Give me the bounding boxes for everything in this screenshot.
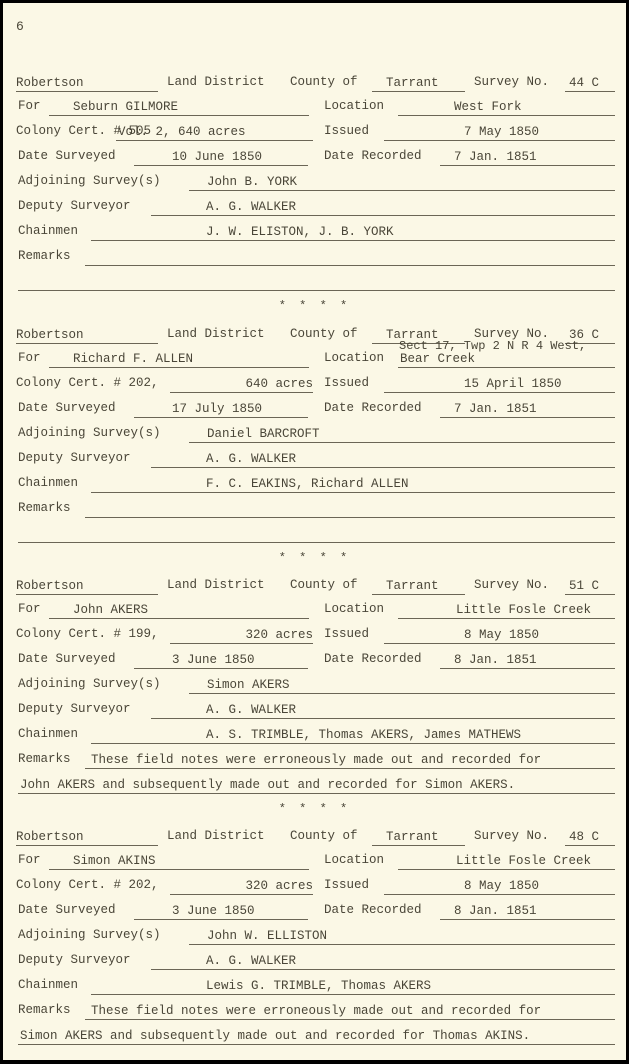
deputy-row: Deputy Surveyor A. G. WALKER (3, 451, 626, 471)
adjoining-field: John W. ELLISTON (189, 928, 615, 945)
deputy-field: A. G. WALKER (151, 199, 615, 216)
adjoining-label: Adjoining Survey(s) (18, 174, 161, 188)
survey-no-field: 48 C (565, 829, 615, 846)
county-label: County of (290, 75, 358, 89)
location-field: West Fork (398, 99, 615, 116)
date-surveyed-field: 17 July 1850 (134, 401, 308, 418)
deputy-row: Deputy Surveyor A. G. WALKER (3, 702, 626, 722)
date-recorded-field: 7 Jan. 1851 (440, 149, 615, 166)
colony-cert-label: Colony Cert. # 202, (16, 376, 159, 390)
deputy-field: A. G. WALKER (151, 953, 615, 970)
land-district-label: Land District (167, 578, 265, 592)
location-label: Location (324, 351, 384, 365)
cert-detail-field: Vol. 2, 640 acres (116, 124, 313, 141)
location-field: Little Fosle Creek (398, 602, 615, 619)
date-recorded-label: Date Recorded (324, 149, 422, 163)
remarks-field-line2: John AKERS and subsequently made out and… (18, 777, 615, 794)
date-row: Date Surveyed 3 June 1850 Date Recorded … (3, 903, 626, 923)
date-recorded-field: 8 Jan. 1851 (440, 652, 615, 669)
document-page: 6 Robertson Land District County of Tarr… (3, 3, 626, 1060)
remarks-row-2 (3, 274, 626, 294)
county-label: County of (290, 327, 358, 341)
cert-detail-field: 320 acres (170, 627, 313, 644)
date-row: Date Surveyed 10 June 1850 Date Recorded… (3, 149, 626, 169)
remarks-field-line1: These field notes were erroneously made … (85, 752, 615, 769)
remarks-field-line2 (18, 526, 615, 543)
for-row: For John AKERS Location Little Fosle Cre… (3, 602, 626, 622)
date-surveyed-label: Date Surveyed (18, 401, 116, 415)
chainmen-field: J. W. ELISTON, J. B. YORK (91, 224, 615, 241)
survey-no-field: 51 C (565, 578, 615, 595)
remarks-label: Remarks (18, 1003, 71, 1017)
date-surveyed-label: Date Surveyed (18, 652, 116, 666)
remarks-label: Remarks (18, 501, 71, 515)
date-surveyed-field: 10 June 1850 (134, 149, 308, 166)
for-label: For (18, 853, 41, 867)
issued-field: 7 May 1850 (384, 124, 615, 141)
record-separator: * * * * (3, 551, 626, 565)
land-district-label: Land District (167, 75, 265, 89)
deputy-label: Deputy Surveyor (18, 953, 131, 967)
for-field: Simon AKINS (49, 853, 309, 870)
location-label: Location (324, 99, 384, 113)
colony-cert-label: Colony Cert. # 202, (16, 878, 159, 892)
remarks-row-2 (3, 526, 626, 546)
adjoining-label: Adjoining Survey(s) (18, 928, 161, 942)
county-field: Tarrant (372, 829, 465, 846)
county-label: County of (290, 829, 358, 843)
land-district-label: Land District (167, 327, 265, 341)
cert-row: Colony Cert. # 505 Vol. 2, 640 acres Iss… (3, 124, 626, 144)
issued-field: 8 May 1850 (384, 878, 615, 895)
cert-row: Colony Cert. # 199, 320 acres Issued 8 M… (3, 627, 626, 647)
survey-no-label: Survey No. (474, 578, 549, 592)
deputy-label: Deputy Surveyor (18, 199, 131, 213)
date-row: Date Surveyed 3 June 1850 Date Recorded … (3, 652, 626, 672)
remarks-field-line1 (85, 501, 615, 518)
remarks-row-2: Simon AKERS and subsequently made out an… (3, 1028, 626, 1048)
for-row: For Simon AKINS Location Little Fosle Cr… (3, 853, 626, 873)
remarks-row: Remarks These field notes were erroneous… (3, 752, 626, 772)
remarks-row: Remarks These field notes were erroneous… (3, 1003, 626, 1023)
chainmen-field: F. C. EAKINS, Richard ALLEN (91, 476, 615, 493)
cert-detail-field: 640 acres (170, 376, 313, 393)
chainmen-field: A. S. TRIMBLE, Thomas AKERS, James MATHE… (91, 727, 615, 744)
location-label: Location (324, 602, 384, 616)
for-field: Seburn GILMORE (49, 99, 309, 116)
issued-field: 8 May 1850 (384, 627, 615, 644)
adjoining-field: John B. YORK (189, 174, 615, 191)
adjoining-row: Adjoining Survey(s) John B. YORK (3, 174, 626, 194)
remarks-field-line1 (85, 249, 615, 266)
for-label: For (18, 602, 41, 616)
chainmen-row: Chainmen A. S. TRIMBLE, Thomas AKERS, Ja… (3, 727, 626, 747)
adjoining-label: Adjoining Survey(s) (18, 426, 161, 440)
date-recorded-field: 8 Jan. 1851 (440, 903, 615, 920)
remarks-field-line1: These field notes were erroneously made … (85, 1003, 615, 1020)
chainmen-label: Chainmen (18, 476, 78, 490)
location-label: Location (324, 853, 384, 867)
location-field: Little Fosle Creek (398, 853, 615, 870)
remarks-label: Remarks (18, 249, 71, 263)
issued-label: Issued (324, 376, 369, 390)
for-field: Richard F. ALLEN (49, 351, 309, 368)
remarks-field-line2: Simon AKERS and subsequently made out an… (18, 1028, 615, 1045)
district-row: Robertson Land District County of Tarran… (3, 829, 626, 849)
adjoining-field: Simon AKERS (189, 677, 615, 694)
county-field: Tarrant (372, 578, 465, 595)
deputy-row: Deputy Surveyor A. G. WALKER (3, 199, 626, 219)
date-recorded-label: Date Recorded (324, 903, 422, 917)
date-recorded-field: 7 Jan. 1851 (440, 401, 615, 418)
cert-row: Colony Cert. # 202, 640 acres Issued 15 … (3, 376, 626, 396)
for-label: For (18, 351, 41, 365)
record-separator: * * * * (3, 802, 626, 816)
chainmen-row: Chainmen Lewis G. TRIMBLE, Thomas AKERS (3, 978, 626, 998)
date-recorded-label: Date Recorded (324, 652, 422, 666)
record-separator: * * * * (3, 299, 626, 313)
date-surveyed-field: 3 June 1850 (134, 652, 308, 669)
adjoining-row: Adjoining Survey(s) Simon AKERS (3, 677, 626, 697)
deputy-label: Deputy Surveyor (18, 702, 131, 716)
cert-detail-field: 320 acres (170, 878, 313, 895)
survey-no-label: Survey No. (474, 75, 549, 89)
remarks-row: Remarks (3, 249, 626, 269)
issued-field: 15 April 1850 (384, 376, 615, 393)
page-number: 6 (16, 19, 24, 34)
issued-label: Issued (324, 124, 369, 138)
for-row: For Richard F. ALLEN Location Sect 17, T… (3, 351, 626, 371)
land-district-label: Land District (167, 829, 265, 843)
district-field: Robertson (16, 578, 158, 595)
for-field: John AKERS (49, 602, 309, 619)
district-field: Robertson (16, 75, 158, 92)
adjoining-row: Adjoining Survey(s) Daniel BARCROFT (3, 426, 626, 446)
date-surveyed-field: 3 June 1850 (134, 903, 308, 920)
deputy-row: Deputy Surveyor A. G. WALKER (3, 953, 626, 973)
chainmen-row: Chainmen J. W. ELISTON, J. B. YORK (3, 224, 626, 244)
survey-no-label: Survey No. (474, 829, 549, 843)
date-surveyed-label: Date Surveyed (18, 903, 116, 917)
county-label: County of (290, 578, 358, 592)
for-row: For Seburn GILMORE Location West Fork (3, 99, 626, 119)
county-field: Tarrant (372, 75, 465, 92)
deputy-field: A. G. WALKER (151, 451, 615, 468)
for-label: For (18, 99, 41, 113)
deputy-label: Deputy Surveyor (18, 451, 131, 465)
remarks-label: Remarks (18, 752, 71, 766)
remarks-field-line2 (18, 274, 615, 291)
date-row: Date Surveyed 17 July 1850 Date Recorded… (3, 401, 626, 421)
chainmen-label: Chainmen (18, 727, 78, 741)
chainmen-field: Lewis G. TRIMBLE, Thomas AKERS (91, 978, 615, 995)
cert-row: Colony Cert. # 202, 320 acres Issued 8 M… (3, 878, 626, 898)
chainmen-row: Chainmen F. C. EAKINS, Richard ALLEN (3, 476, 626, 496)
chainmen-label: Chainmen (18, 978, 78, 992)
location-field: Bear Creek (398, 351, 615, 368)
remarks-row-2: John AKERS and subsequently made out and… (3, 777, 626, 797)
colony-cert-label: Colony Cert. # 199, (16, 627, 159, 641)
district-row: Robertson Land District County of Tarran… (3, 578, 626, 598)
adjoining-row: Adjoining Survey(s) John W. ELLISTON (3, 928, 626, 948)
district-row: Robertson Land District County of Tarran… (3, 75, 626, 95)
adjoining-label: Adjoining Survey(s) (18, 677, 161, 691)
district-field: Robertson (16, 829, 158, 846)
survey-no-field: 44 C (565, 75, 615, 92)
issued-label: Issued (324, 878, 369, 892)
date-surveyed-label: Date Surveyed (18, 149, 116, 163)
issued-label: Issued (324, 627, 369, 641)
chainmen-label: Chainmen (18, 224, 78, 238)
district-field: Robertson (16, 327, 158, 344)
date-recorded-label: Date Recorded (324, 401, 422, 415)
adjoining-field: Daniel BARCROFT (189, 426, 615, 443)
remarks-row: Remarks (3, 501, 626, 521)
deputy-field: A. G. WALKER (151, 702, 615, 719)
